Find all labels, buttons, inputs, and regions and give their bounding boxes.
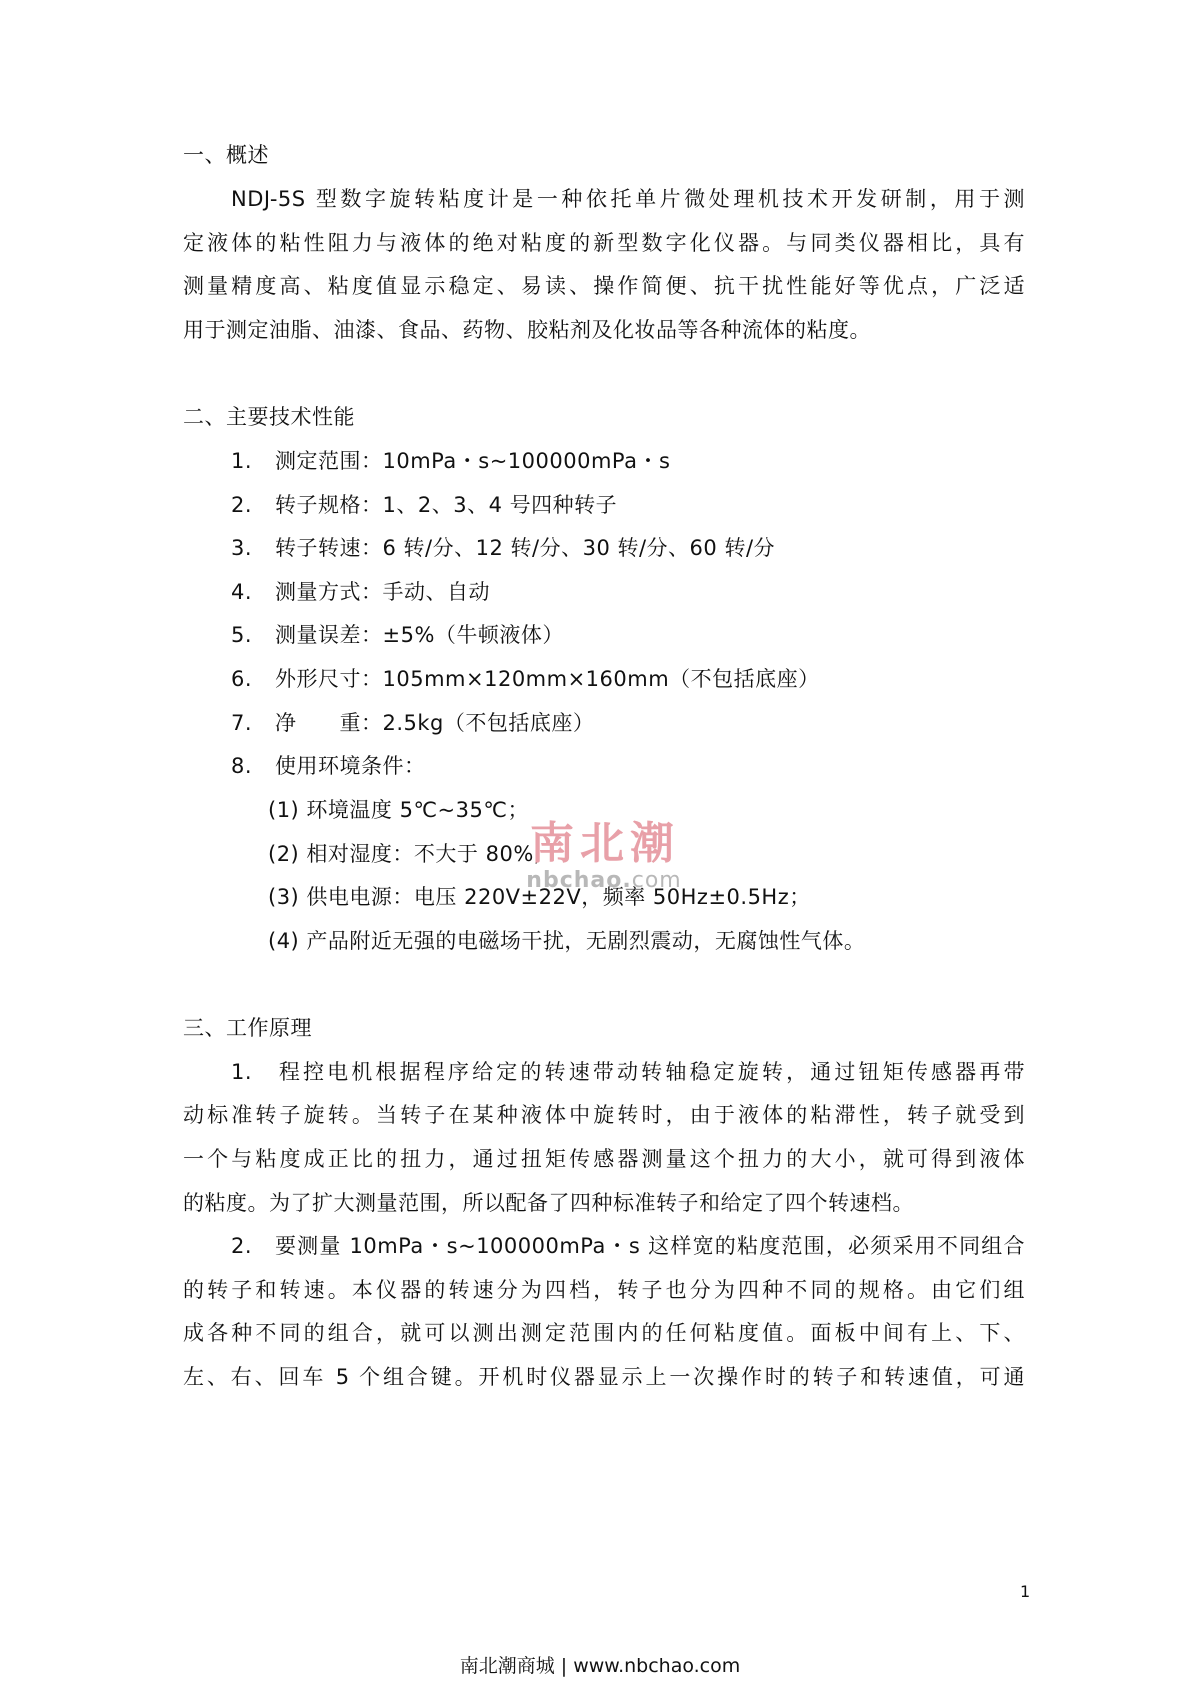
spec-number: 7. <box>231 708 275 738</box>
paragraph-line: NDJ-5S 型数字旋转粘度计是一种依托单片微处理机技术开发研制，用于测 <box>231 184 1025 214</box>
spec-item: 5.测量误差：±5%（牛顿液体） <box>231 620 564 650</box>
spec-text: 净 重：2.5kg（不包括底座） <box>275 711 594 735</box>
paragraph-line: 用于测定油脂、油漆、食品、药物、胶粘剂及化妆品等各种流体的粘度。 <box>183 315 871 345</box>
spec-text: 转子转速：6 转/分、12 转/分、30 转/分、60 转/分 <box>275 536 775 560</box>
watermark-logo: 南北潮 nbchao.com <box>520 820 690 894</box>
spec-text: 测定范围：10mPa・s~100000mPa・s <box>275 449 670 473</box>
paragraph-line: 2. 要测量 10mPa・s~100000mPa・s 这样宽的粘度范围，必须采用… <box>231 1231 1025 1261</box>
spec-text: 测量方式：手动、自动 <box>275 580 490 604</box>
paragraph-line: 左、右、回车 5 个组合键。开机时仪器显示上一次操作时的转子和转速值，可通 <box>183 1362 1025 1392</box>
spec-number: 3. <box>231 533 275 563</box>
section-heading-specs: 二、主要技术性能 <box>183 402 355 432</box>
spec-text: 使用环境条件： <box>275 754 426 778</box>
paragraph-line: 的转子和转速。本仪器的转速分为四档，转子也分为四种不同的规格。由它们组 <box>183 1275 1025 1305</box>
spec-number: 6. <box>231 664 275 694</box>
watermark-cn-text: 南北潮 <box>520 820 690 868</box>
spec-item: 3.转子转速：6 转/分、12 转/分、30 转/分、60 转/分 <box>231 533 775 563</box>
document-page: 一、概述 NDJ-5S 型数字旋转粘度计是一种依托单片微处理机技术开发研制，用于… <box>0 0 1200 1696</box>
footer-site-link[interactable]: 南北潮商城 | www.nbchao.com <box>0 1651 1200 1678</box>
spec-number: 1. <box>231 446 275 476</box>
spec-item: 6.外形尺寸：105mm×120mm×160mm（不包括底座） <box>231 664 820 694</box>
spec-number: 2. <box>231 490 275 520</box>
spec-number: 4. <box>231 577 275 607</box>
spec-item: 4.测量方式：手动、自动 <box>231 577 490 607</box>
paragraph-line: 一个与粘度成正比的扭力，通过扭矩传感器测量这个扭力的大小，就可得到液体 <box>183 1144 1025 1174</box>
section-heading-principle: 三、工作原理 <box>183 1013 312 1043</box>
spec-number: 5. <box>231 620 275 650</box>
spec-text: 测量误差：±5%（牛顿液体） <box>275 623 564 647</box>
spec-item: 7.净 重：2.5kg（不包括底座） <box>231 708 594 738</box>
spec-number: 8. <box>231 751 275 781</box>
spec-item: 2.转子规格：1、2、3、4 号四种转子 <box>231 490 617 520</box>
watermark-en-text: nbchao.com <box>518 868 690 894</box>
spec-text: 转子规格：1、2、3、4 号四种转子 <box>275 493 617 517</box>
condition-item: (1) 环境温度 5℃~35℃； <box>268 795 529 825</box>
paragraph-line: 测量精度高、粘度值显示稳定、易读、操作简便、抗干扰性能好等优点，广泛适 <box>183 271 1025 301</box>
watermark-en-bold: nbchao. <box>526 868 631 893</box>
page-number: 1 <box>1020 1582 1030 1601</box>
spec-item: 8.使用环境条件： <box>231 751 426 781</box>
condition-item: (2) 相对湿度：不大于 80%; <box>268 839 541 869</box>
watermark-en-light: com <box>632 868 682 893</box>
paragraph-line: 1. 程控电机根据程序给定的转速带动转轴稳定旋转，通过钮矩传感器再带 <box>231 1057 1025 1087</box>
spec-text: 外形尺寸：105mm×120mm×160mm（不包括底座） <box>275 667 820 691</box>
paragraph-line: 成各种不同的组合，就可以测出测定范围内的任何粘度值。面板中间有上、下、 <box>183 1318 1025 1348</box>
spec-item: 1.测定范围：10mPa・s~100000mPa・s <box>231 446 670 476</box>
paragraph-line: 定液体的粘性阻力与液体的绝对粘度的新型数字化仪器。与同类仪器相比，具有 <box>183 228 1025 258</box>
condition-item: (4) 产品附近无强的电磁场干扰，无剧烈震动，无腐蚀性气体。 <box>268 926 865 956</box>
section-heading-overview: 一、概述 <box>183 140 269 170</box>
paragraph-line: 动标准转子旋转。当转子在某种液体中旋转时，由于液体的粘滞性，转子就受到 <box>183 1100 1025 1130</box>
paragraph-line: 的粘度。为了扩大测量范围，所以配备了四种标准转子和给定了四个转速档。 <box>183 1188 914 1218</box>
